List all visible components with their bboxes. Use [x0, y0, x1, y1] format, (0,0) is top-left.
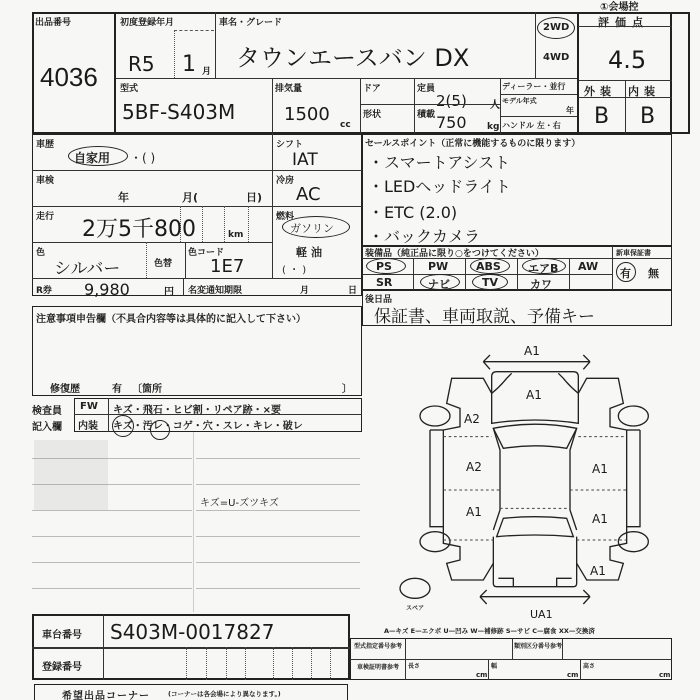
mark-top: A1 [524, 344, 540, 358]
color-value: シルバー [54, 254, 120, 279]
interior-label: 内装 [78, 417, 98, 432]
score-value: 4.5 [608, 46, 646, 74]
warranty-no: 無 [648, 265, 659, 281]
ac-label: 冷房 [276, 173, 294, 186]
registration-month: 1 [182, 52, 196, 77]
length-label: 長さ [408, 661, 420, 670]
fuel-other: 軽油 [296, 244, 326, 260]
name-change-month: 月 [300, 283, 309, 296]
handle-label: ハンドル 左・右 [502, 120, 561, 131]
fuel-paren: ( ・ ) [282, 261, 306, 276]
category-label: 類別区分番号参考 [514, 641, 562, 650]
divider [196, 458, 360, 459]
inspector-entry-label: 記入欄 [32, 418, 62, 433]
equip-abs: ABS [476, 260, 501, 273]
divider [272, 78, 273, 134]
sales-point-item: ・LEDヘッドライト [368, 174, 511, 197]
divider [32, 206, 272, 207]
inspector-label: 検査員 [32, 402, 62, 417]
mark-right-rear-door: A1 [592, 512, 608, 526]
divider [196, 588, 360, 589]
divider [580, 659, 581, 680]
model-label: 型式 [120, 81, 138, 94]
divider [350, 659, 672, 660]
divider [414, 78, 415, 134]
divider [196, 484, 360, 485]
drive-4wd: 4WD [543, 52, 569, 63]
capacity-label: 定員 [417, 81, 435, 94]
history-label: 車歴 [36, 137, 54, 150]
divider [185, 242, 186, 278]
divider [405, 638, 406, 680]
divider [196, 536, 360, 537]
shaken-year: 年 [118, 189, 129, 205]
divider [272, 206, 362, 207]
chassis-value: S403M-0017827 [110, 620, 274, 644]
divider [360, 104, 500, 105]
repair-location: 〔箇所 [132, 380, 162, 395]
height-label: 高さ [583, 661, 595, 670]
shift-label: シフト [276, 137, 303, 150]
divider [186, 647, 187, 680]
fw-items: キズ・飛石・ヒビ割・リペア跡・×要 [113, 401, 281, 416]
year-unit: 年 [566, 105, 574, 116]
color-code-value: 1E7 [210, 256, 244, 277]
shaken-month: 月( [182, 189, 198, 205]
divider [32, 242, 272, 243]
notes-label: 注意事項申告欄（不具合内容等は具体的に記入して下さい） [36, 310, 306, 325]
sales-points-label: セールスポイント（正常に機能するものに限ります） [365, 136, 580, 149]
name-change-day: 日 [348, 283, 357, 296]
divider [32, 536, 192, 537]
recycle-label: R券 [36, 283, 52, 296]
selected-circle [112, 415, 134, 437]
divider [311, 647, 312, 680]
equip-aw: AW [578, 260, 598, 273]
divider [612, 246, 613, 290]
cert-label: 車検証明書参考 [352, 662, 404, 671]
divider [625, 80, 626, 134]
equip-tv: TV [482, 276, 498, 289]
mileage-label: 走行 [36, 209, 54, 222]
divider [465, 258, 466, 290]
divider [196, 562, 360, 563]
divider [330, 647, 331, 680]
interior-grade: B [640, 104, 655, 129]
divider [224, 206, 225, 242]
divider [562, 638, 563, 659]
divider [226, 647, 227, 680]
height-unit: cm [659, 671, 670, 679]
shaken-label: 車検 [36, 173, 54, 186]
shape-label: 形状 [363, 107, 381, 120]
damage-legend: A—キズ E—エクボ U—凹み W—補修跡 S—サビ C—腐食 XX—交換済 [384, 626, 595, 635]
doors-label: ドア [363, 81, 381, 94]
divider [196, 510, 360, 511]
divider [174, 30, 214, 31]
divider [292, 647, 293, 680]
ac-value: AC [296, 184, 321, 205]
load-unit: kg [487, 122, 499, 132]
divider [32, 170, 272, 171]
car-name-value: タウンエースバン DX [236, 38, 469, 73]
warranty-yes: 有 [620, 265, 631, 281]
divider [500, 94, 577, 95]
divider [500, 116, 577, 117]
sales-point-item: ・バックカメラ [368, 224, 480, 244]
plate-label: 登録番号 [42, 658, 82, 673]
divider [206, 647, 207, 680]
chassis-label: 車台番号 [42, 626, 82, 641]
smudge [34, 440, 108, 510]
recycle-value: 9,980 [84, 280, 130, 299]
divider [32, 278, 362, 279]
divider [215, 12, 216, 78]
car-damage-diagram [360, 330, 700, 610]
registration-label: 初度登録年月 [120, 15, 174, 28]
width-label: 幅 [491, 661, 497, 670]
load-label: 積載 [417, 107, 435, 120]
divider [535, 12, 536, 78]
fuel-selected: ガソリン [290, 220, 334, 236]
recycle-unit: 円 [164, 283, 174, 298]
model-value: 5BF-S403M [122, 100, 235, 124]
divider [108, 398, 109, 432]
month-unit: 月 [202, 64, 211, 77]
divider [488, 659, 489, 680]
divider [245, 647, 246, 680]
dealer-label: ディーラー・並行 [502, 81, 565, 92]
divider [174, 30, 175, 78]
score-label: 評価点 [598, 14, 649, 30]
mark-hood: A1 [526, 388, 542, 402]
mileage-unit: km [228, 230, 243, 240]
mark-right-front-door: A1 [592, 462, 608, 476]
repair-value: 有 [112, 380, 122, 395]
interior-items: キズ・汚レ・コゲ・穴・スレ・キレ・破レ [113, 417, 303, 432]
later-items-value: 保証書、車両取説、予備キー [374, 302, 595, 327]
length-unit: cm [476, 671, 487, 679]
divider [146, 242, 147, 278]
displacement-label: 排気量 [275, 81, 302, 94]
type-designation-label: 型式指定番号参考 [352, 641, 404, 650]
mileage-value: 2万5千800 [82, 212, 196, 243]
warranty-label: 新車保証書 [616, 248, 651, 258]
car-name-label: 車名・グレード [219, 15, 282, 28]
divider [413, 258, 414, 290]
registration-year: R5 [128, 52, 155, 76]
divider [183, 278, 184, 296]
lot-number-value: 4036 [40, 62, 98, 93]
exterior-grade: B [594, 104, 609, 129]
divider [32, 588, 192, 589]
equip-pw: PW [428, 260, 448, 273]
mark-left-rear-door: A1 [466, 505, 482, 519]
divider [578, 97, 672, 98]
mark-left-front-door: A2 [466, 460, 482, 474]
repaint-label: 色替 [154, 256, 172, 269]
corner-label: 希望出品コーナー [62, 687, 150, 700]
spare-label: スペア [406, 603, 424, 612]
divider [512, 638, 513, 659]
divider [116, 78, 577, 79]
color-label: 色 [36, 245, 45, 258]
model-year-label: モデル年式 [502, 96, 537, 106]
divider [248, 206, 249, 242]
inspector-note: キズ=U-ズツキズ [200, 494, 279, 509]
capacity-value: 2(5) [436, 92, 467, 110]
divider [32, 510, 192, 511]
divider [202, 206, 203, 242]
mark-right-rear-quarter: A1 [590, 564, 606, 578]
sales-point-item: ・ETC (2.0) [368, 200, 457, 223]
load-value: 750 [436, 113, 467, 132]
divider [569, 258, 570, 290]
equip-airbag: エアB [528, 260, 558, 276]
drive-2wd: 2WD [543, 22, 569, 33]
divider [578, 26, 672, 27]
repair-label: 修復歴 [50, 380, 80, 395]
sales-point-item: ・スマートアシスト [368, 150, 510, 173]
divider [500, 78, 501, 134]
corner-note: (コーナーは各会場により異なります。) [168, 689, 281, 698]
name-change-label: 名変通知期限 [188, 283, 242, 296]
fw-label: FW [80, 401, 98, 412]
width-unit: cm [567, 671, 578, 679]
shift-value: IAT [292, 150, 318, 170]
divider [272, 170, 362, 171]
history-suffix: ・( ) [130, 149, 155, 166]
displacement-value: 1500 [284, 104, 330, 125]
divider [360, 78, 361, 134]
history-value: 自家用 [74, 149, 110, 166]
displacement-unit: cc [340, 120, 351, 130]
divider [32, 562, 192, 563]
equip-sr: SR [376, 276, 392, 289]
selected-circle [150, 420, 170, 440]
mark-bottom: UA1 [530, 608, 553, 621]
divider [273, 647, 274, 680]
divider [193, 432, 194, 612]
mark-left-front-fender: A2 [464, 412, 480, 426]
equip-ps: PS [376, 260, 392, 273]
divider [32, 647, 350, 649]
divider [517, 258, 518, 290]
lot-number-label: 出品番号 [35, 15, 71, 28]
repair-close: 〕 [342, 380, 352, 395]
shaken-day: 日) [246, 189, 262, 205]
